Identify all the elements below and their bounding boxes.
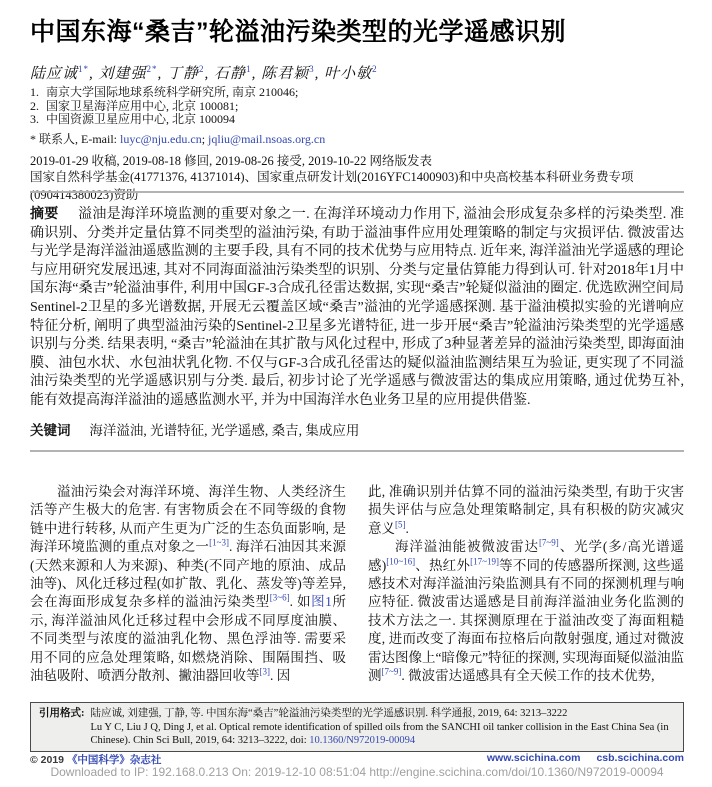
affiliation-item: 1. 南京大学国际地球系统科学研究所, 南京 210046; — [30, 86, 684, 100]
text-run: 等不同的传感器所探测, 这些遥感技术对海洋溢油污染监测具有不同的探测机理与响应特… — [368, 558, 684, 683]
keywords-text: 海洋溢油, 光谱特征, 光学遥感, 桑吉, 集成应用 — [89, 423, 359, 438]
author-separator: , — [89, 66, 99, 82]
affiliation-text: 南京大学国际地球系统科学研究所, 南京 210046; — [46, 86, 298, 100]
download-watermark: Downloaded to IP: 192.168.0.213 On: 2019… — [30, 765, 684, 779]
affiliation-text: 国家卫星海洋应用中心, 北京 100081; — [46, 100, 238, 114]
author-separator: , — [315, 66, 325, 82]
citation-box: 引用格式: 陆应诚, 刘建强, 丁静, 等. 中国东海“桑吉”轮溢油污染类型的光… — [30, 702, 684, 752]
keywords-label: 关键词 — [30, 423, 71, 438]
contact-prefix: * 联系人, E-mail: — [30, 132, 120, 146]
text-run: 海洋溢油能被微波雷达 — [395, 539, 539, 554]
author-name: 刘建强 — [99, 66, 147, 82]
paragraph: 海洋溢油能被微波雷达[7~9]、光学(多/高光谱遥感)[10~16]、热红外[1… — [368, 538, 684, 685]
text-run: . 微波雷达遥感具有全天候工作的技术优势, — [401, 668, 654, 683]
email-link[interactable]: luyc@nju.edu.cn — [120, 132, 202, 146]
funding-note: 国家自然科学基金(41771376, 41371014)、国家重点研发计划(20… — [30, 167, 684, 203]
text-run: . — [406, 521, 409, 536]
citation-label: 引用格式: — [39, 707, 85, 747]
paragraph: 此, 准确识别并估算不同的溢油污染类型, 有助于灾害损失评估与应急处理策略制定,… — [368, 483, 684, 538]
reference-link[interactable]: [1~3] — [209, 538, 229, 548]
figure-link[interactable]: 图1 — [311, 594, 332, 609]
divider — [30, 191, 684, 193]
affiliation-number: 1. — [30, 86, 46, 100]
body-column-right: 此, 准确识别并估算不同的溢油污染类型, 有助于灾害损失评估与应急处理策略制定,… — [368, 483, 684, 685]
abstract-text: 溢油是海洋环境监测的重要对象之一. 在海洋环境动力作用下, 溢油会形成复杂多样的… — [30, 207, 684, 408]
corresponding-contact: * 联系人, E-mail: luyc@nju.edu.cn; jqliu@ma… — [30, 130, 684, 147]
affiliation-list: 1. 南京大学国际地球系统科学研究所, 南京 210046; 2. 国家卫星海洋… — [30, 86, 684, 127]
reference-link[interactable]: [7~9] — [382, 667, 402, 677]
paper-page: 中国东海“桑吉”轮溢油污染类型的光学遥感识别 陆应诚1*, 刘建强2*, 丁静2… — [0, 0, 712, 787]
citation-english: Lu Y C, Liu J Q, Ding J, et al. Optical … — [91, 721, 676, 747]
reference-link[interactable]: [10~16] — [386, 556, 415, 566]
text-run: 此, 准确识别并估算不同的溢油污染类型, 有助于灾害损失评估与应急处理策略制定,… — [368, 484, 684, 536]
doi-link[interactable]: 10.1360/N972019-00094 — [309, 735, 415, 746]
author-affil-sup: 2* — [147, 64, 158, 74]
paragraph: 溢油污染会对海洋环境、海洋生物、人类经济生活等产生极大的危害. 有害物质会在不同… — [30, 483, 346, 685]
reference-link[interactable]: [3] — [260, 667, 271, 677]
affiliation-number: 3. — [30, 113, 46, 127]
reference-link[interactable]: [17~19] — [470, 556, 499, 566]
email-link[interactable]: jqliu@mail.nsoas.org.cn — [208, 132, 325, 146]
keywords-section: 关键词海洋溢油, 光谱特征, 光学遥感, 桑吉, 集成应用 — [30, 419, 684, 439]
author-name: 叶小敏 — [324, 66, 372, 82]
author-affil-sup: 2 — [372, 64, 378, 74]
reference-link[interactable]: [5] — [395, 519, 406, 529]
reference-link[interactable]: [7~9] — [539, 538, 559, 548]
affiliation-text: 中国资源卫星应用中心, 北京 100094 — [46, 113, 235, 127]
text-run: . 因 — [270, 668, 290, 683]
author-separator: , — [205, 66, 215, 82]
abstract-section: 摘要溢油是海洋环境监测的重要对象之一. 在海洋环境动力作用下, 溢油会形成复杂多… — [30, 204, 684, 411]
affiliation-item: 2. 国家卫星海洋应用中心, 北京 100081; — [30, 100, 684, 114]
text-run: . 如 — [290, 594, 311, 609]
author-name: 石静 — [214, 66, 246, 82]
body-text: 溢油污染会对海洋环境、海洋生物、人类经济生活等产生极大的危害. 有害物质会在不同… — [30, 483, 684, 685]
abstract-label: 摘要 — [30, 205, 59, 221]
author-name: 陆应诚 — [30, 66, 78, 82]
citation-body: 陆应诚, 刘建强, 丁静, 等. 中国东海“桑吉”轮溢油污染类型的光学遥感识别.… — [91, 707, 676, 747]
divider — [30, 450, 684, 452]
author-name: 陈君颖 — [261, 66, 309, 82]
citation-chinese: 陆应诚, 刘建强, 丁静, 等. 中国东海“桑吉”轮溢油污染类型的光学遥感识别.… — [91, 707, 676, 720]
author-affil-sup: 1* — [78, 64, 89, 74]
author-name: 丁静 — [167, 66, 199, 82]
affiliation-number: 2. — [30, 100, 46, 114]
author-list: 陆应诚1*, 刘建强2*, 丁静2, 石静1, 陈君颖3, 叶小敏2 — [30, 62, 684, 83]
body-column-left: 溢油污染会对海洋环境、海洋生物、人类经济生活等产生极大的危害. 有害物质会在不同… — [30, 483, 346, 685]
affiliation-item: 3. 中国资源卫星应用中心, 北京 100094 — [30, 113, 684, 127]
reference-link[interactable]: [3~6] — [270, 593, 290, 603]
author-separator: , — [252, 66, 262, 82]
author-separator: , — [158, 66, 168, 82]
paper-title: 中国东海“桑吉”轮溢油污染类型的光学遥感识别 — [30, 12, 684, 48]
text-run: 、热红外 — [415, 558, 470, 573]
